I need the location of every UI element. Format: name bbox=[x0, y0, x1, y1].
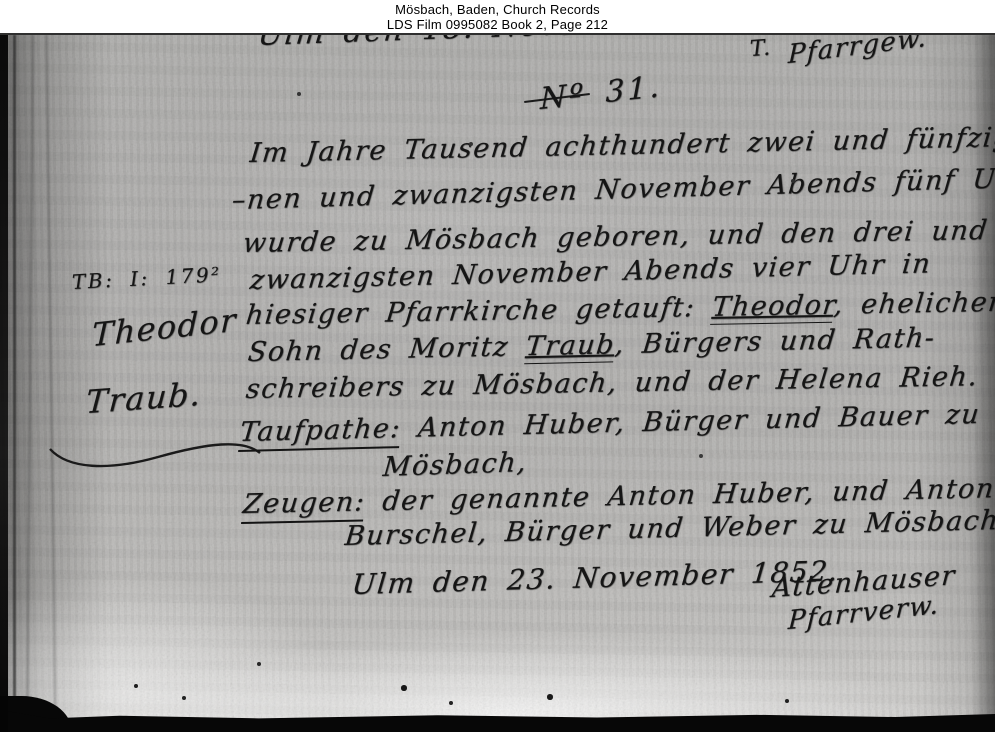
caption: Mösbach, Baden, Church Records LDS Film … bbox=[0, 0, 995, 33]
record-line-text: Mösbach, bbox=[382, 447, 529, 483]
record-line-text: Im Jahre Tausend achthundert zwei und fü… bbox=[248, 120, 995, 169]
page-fold-line bbox=[26, 35, 34, 732]
margin-child-first-name: Theodor bbox=[91, 302, 237, 354]
screenshot-root: Mösbach, Baden, Church Records LDS Film … bbox=[0, 0, 995, 732]
godparent-label-underlined: Taufpathe: bbox=[238, 413, 402, 452]
scan-left-black-border bbox=[0, 35, 8, 732]
caption-line1: Mösbach, Baden, Church Records bbox=[0, 0, 995, 17]
record-line: Taufpathe: Anton Huber, Bürger und Bauer… bbox=[238, 399, 981, 448]
scan-bottom-black-border bbox=[0, 710, 995, 732]
top-right-note: Pfarrgew. bbox=[787, 33, 927, 71]
record-line-text: schreibers zu Mösbach, und der Helena Ri… bbox=[244, 361, 980, 405]
record-line: Im Jahre Tausend achthundert zwei und fü… bbox=[248, 120, 995, 169]
witnesses-label-underlined: Zeugen: bbox=[241, 486, 367, 524]
record-line-text: Anton Huber, Bürger und Bauer zu bbox=[400, 399, 982, 444]
record-line: schreibers zu Mösbach, und der Helena Ri… bbox=[244, 361, 980, 405]
caption-line2: LDS Film 0995082 Book 2, Page 212 bbox=[0, 17, 995, 32]
record-line-text: Sohn des Moritz bbox=[246, 331, 527, 368]
margin-underline-flourish bbox=[48, 435, 263, 475]
record-line-text: , ehelicher bbox=[832, 287, 995, 321]
record-line-text: hiesiger Pfarrkirche getauft: bbox=[244, 292, 714, 331]
page-fold-line bbox=[13, 35, 16, 732]
margin-child-last-name: Traub. bbox=[85, 376, 203, 421]
page-right-edge-shadow bbox=[973, 35, 995, 732]
record-line-text: –nen und zwanzigsten November Abends fün… bbox=[231, 163, 995, 216]
page-fold-line bbox=[46, 35, 57, 732]
record-line-text: , Bürgers und Rath- bbox=[613, 323, 937, 361]
top-cropped-line: Ulm den 18. Novemb. . . . . bbox=[256, 33, 757, 54]
father-surname-underlined: Traub bbox=[524, 329, 617, 364]
record-date-line: Ulm den 23. November 1852. bbox=[350, 555, 840, 601]
child-name-underlined: Theodor bbox=[711, 290, 836, 325]
church-record-scan: Ulm den 18. Novemb. . . . . T. Pfarrgew.… bbox=[0, 33, 995, 732]
stray-ink-mark: T. bbox=[749, 36, 772, 63]
record-line-text: Ulm den 23. November 1852. bbox=[350, 554, 840, 601]
margin-register-reference: TB: I: 179² bbox=[71, 263, 222, 294]
record-line: Sohn des Moritz Traub, Bürgers und Rath- bbox=[246, 323, 937, 369]
record-number: Nº 31. bbox=[540, 70, 662, 118]
record-line: Mösbach, bbox=[382, 447, 529, 483]
record-line: –nen und zwanzigsten November Abends fün… bbox=[231, 163, 995, 216]
